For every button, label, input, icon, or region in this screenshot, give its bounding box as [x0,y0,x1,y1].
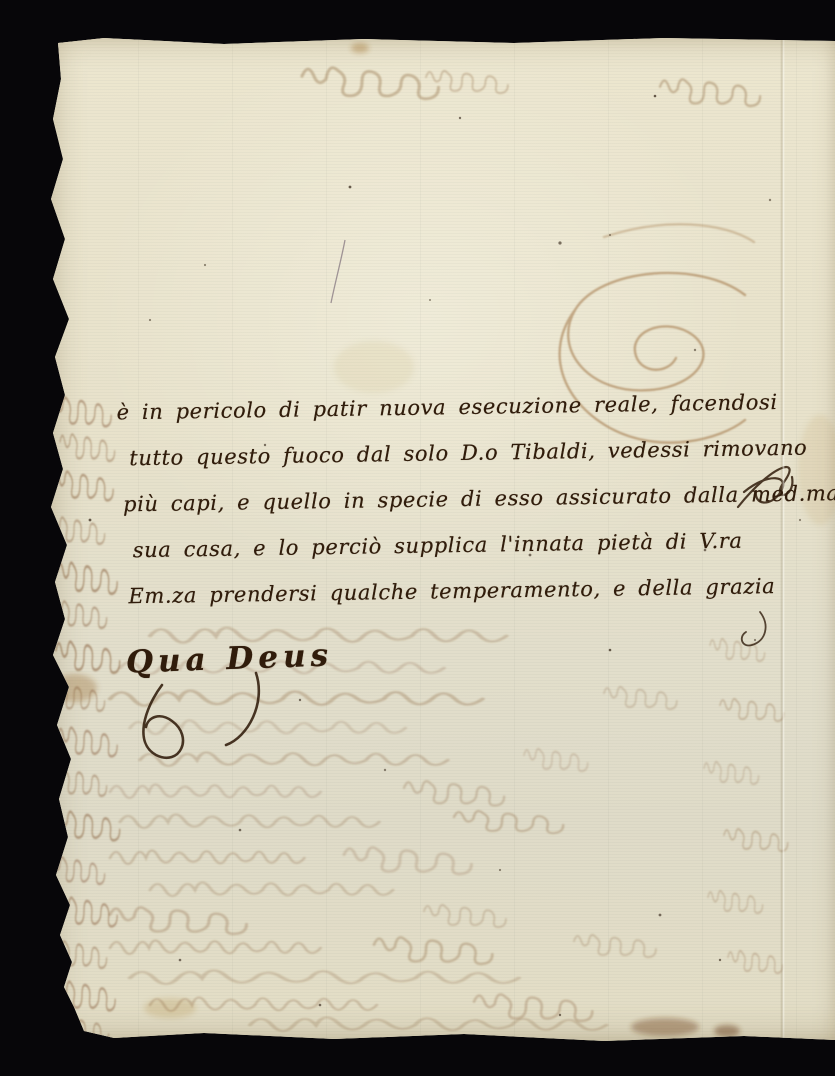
line-end-flourish-mark [742,612,766,646]
closing-word: Qua Deus [125,637,333,680]
manuscript-text-block: è in pericolo di patir nuova esecuzione … [116,379,810,620]
manuscript-page: è in pericolo di patir nuova esecuzione … [44,37,835,1044]
photo-background: è in pericolo di patir nuova esecuzione … [0,0,835,1076]
closing-flourish-mark [143,673,258,758]
pen-stroke-mark [331,240,345,303]
